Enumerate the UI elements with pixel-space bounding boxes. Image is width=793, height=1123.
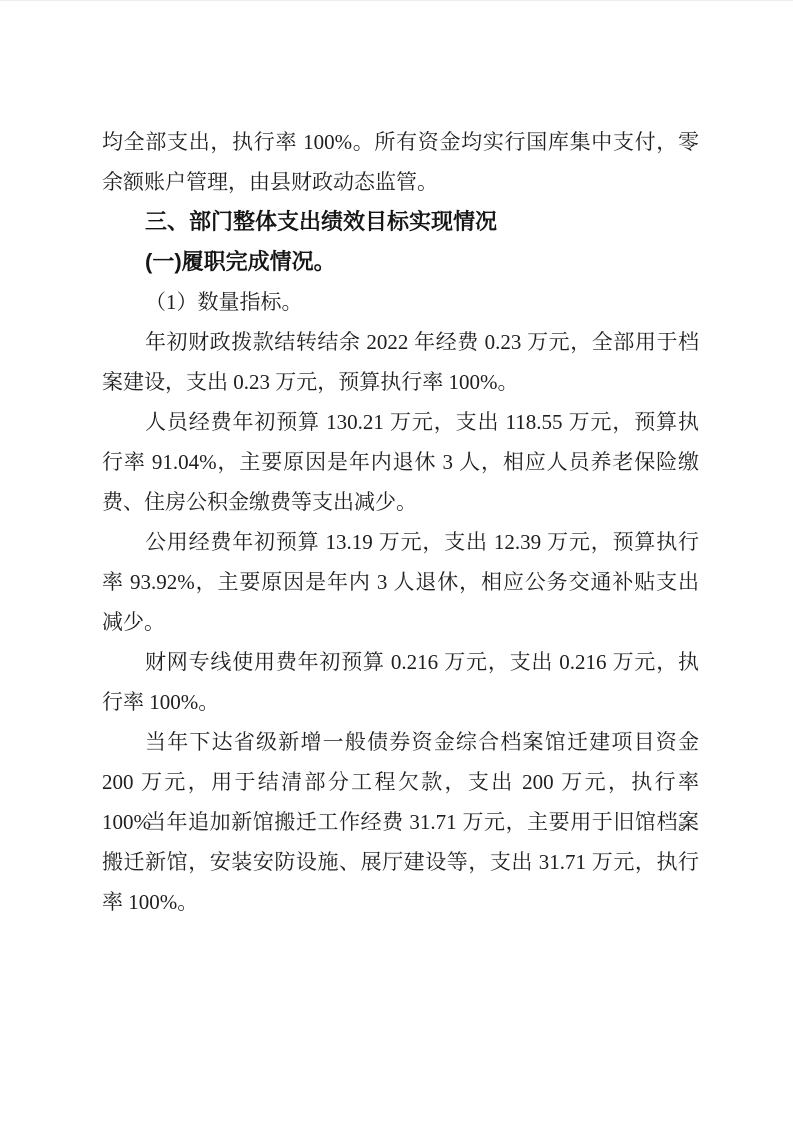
- body-text-line: 费、住房公积金缴费等支出减少。: [102, 482, 699, 522]
- body-text-line: 公用经费年初预算 13.19 万元，支出 12.39 万元，预算执行: [102, 522, 699, 562]
- body-text-line: 案建设，支出 0.23 万元，预算执行率 100%。: [102, 362, 699, 402]
- body-text-line: 年初财政拨款结转结余 2022 年经费 0.23 万元，全部用于档: [102, 322, 699, 362]
- body-text-line: 行率 100%。: [102, 682, 699, 722]
- body-text-line: 当年下达省级新增一般债券资金综合档案馆迁建项目资金: [102, 722, 699, 762]
- body-text-line: 率 93.92%，主要原因是年内 3 人退休，相应公务交通补贴支出: [102, 562, 699, 602]
- document-text-column: 均全部支出，执行率 100%。所有资金均实行国库集中支付，零余额账户管理，由县财…: [102, 122, 699, 922]
- body-text-line: 均全部支出，执行率 100%。所有资金均实行国库集中支付，零: [102, 122, 699, 162]
- body-text-line: 搬迁新馆，安装安防设施、展厅建设等，支出 31.71 万元，执行: [102, 842, 699, 882]
- body-text-line: 减少。: [102, 602, 699, 642]
- body-text-line: 余额账户管理，由县财政动态监管。: [102, 162, 699, 202]
- subsection-heading: (一)履职完成情况。: [102, 242, 699, 282]
- body-text-line: 人员经费年初预算 130.21 万元，支出 118.55 万元，预算执: [102, 402, 699, 442]
- body-text-line: 200 万元，用于结清部分工程欠款，支出 200 万元，执行率 100%。: [102, 762, 699, 802]
- section-heading: 三、部门整体支出绩效目标实现情况: [102, 202, 699, 242]
- body-text-line: 当年追加新馆搬迁工作经费 31.71 万元，主要用于旧馆档案: [102, 802, 699, 842]
- body-text-line: （1）数量指标。: [102, 282, 699, 322]
- document-page: 均全部支出，执行率 100%。所有资金均实行国库集中支付，零余额账户管理，由县财…: [0, 0, 793, 1123]
- body-text-line: 行率 91.04%，主要原因是年内退休 3 人，相应人员养老保险缴: [102, 442, 699, 482]
- body-text-line: 率 100%。: [102, 882, 699, 922]
- body-text-line: 财网专线使用费年初预算 0.216 万元，支出 0.216 万元，执: [102, 642, 699, 682]
